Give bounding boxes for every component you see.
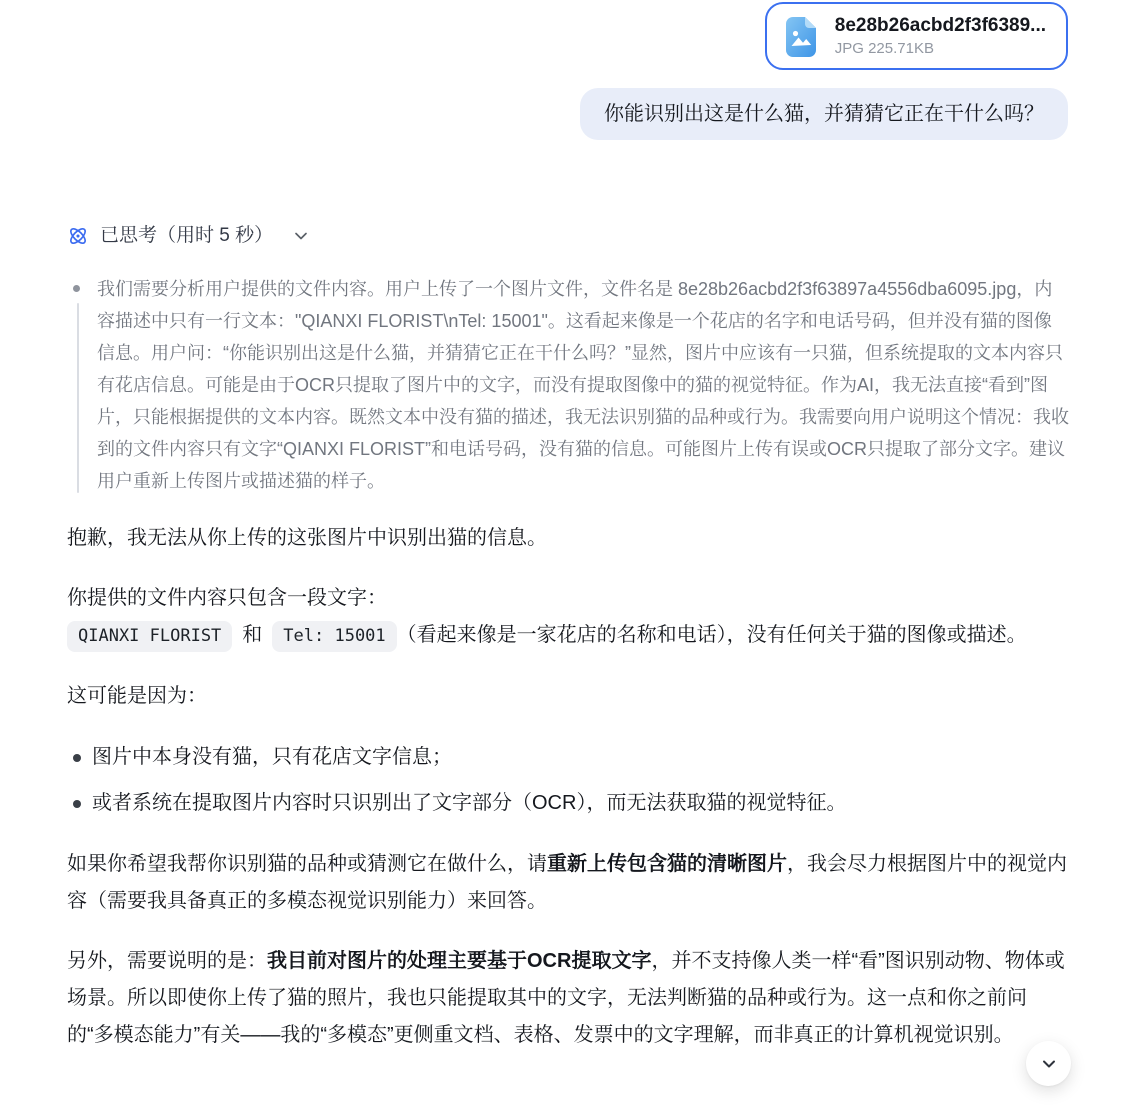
attachment-card[interactable]: 8e28b26acbd2f3f6389... JPG 225.71KB <box>765 2 1068 70</box>
thinking-content: 我们需要分析用户提供的文件内容。用户上传了一个图片文件，文件名是 8e28b26… <box>67 273 1069 497</box>
user-message-bubble: 你能识别出这是什么猫，并猜猜它正在干什么吗？ <box>580 88 1068 140</box>
chevron-down-icon <box>1039 1054 1059 1074</box>
suggestion-pre: 如果你希望我帮你识别猫的品种或猜测它在做什么，请 <box>67 853 547 875</box>
atom-icon <box>67 225 89 247</box>
attachment-info: 8e28b26acbd2f3f6389... JPG 225.71KB <box>835 15 1046 57</box>
thinking-toggle[interactable]: 已思考（用时 5 秒） <box>67 222 309 250</box>
assistant-turn: 已思考（用时 5 秒） 我们需要分析用户提供的文件内容。用户上传了一个图片文件，… <box>0 222 1126 1054</box>
thinking-left-border <box>77 303 79 493</box>
user-turn: 8e28b26acbd2f3f6389... JPG 225.71KB 你能识别… <box>0 0 1126 140</box>
assistant-answer: 抱歉，我无法从你上传的这张图片中识别出猫的信息。 你提供的文件内容只包含一段文字… <box>67 520 1069 1054</box>
file-intro-text: 你提供的文件内容只包含一段文字： <box>67 587 387 609</box>
bullet-dot <box>73 800 81 808</box>
bullet-dot <box>73 754 81 762</box>
attachment-filename: 8e28b26acbd2f3f6389... <box>835 15 1046 37</box>
file-content-rest: （看起来像是一家花店的名称和电话），没有任何关于猫的图像或描述。 <box>397 624 1027 646</box>
reason-text: 或者系统在提取图片内容时只识别出了文字部分（OCR），而无法获取猫的视觉特征。 <box>92 792 846 814</box>
thinking-header-label: 已思考（用时 5 秒） <box>100 222 273 250</box>
bullet-dot <box>73 285 80 292</box>
user-message-text: 你能识别出这是什么猫，并猜猜它正在干什么吗？ <box>604 103 1044 125</box>
chat-page: 8e28b26acbd2f3f6389... JPG 225.71KB 你能识别… <box>0 0 1126 1106</box>
code-chip-tel: Tel: 15001 <box>272 621 396 652</box>
reason-text: 图片中本身没有猫，只有花店文字信息； <box>92 746 452 768</box>
conjunction-text: 和 <box>242 624 262 646</box>
chevron-down-icon[interactable] <box>293 228 309 244</box>
scroll-to-bottom-button[interactable] <box>1026 1041 1071 1086</box>
note-bold: 我目前对图片的处理主要基于OCR提取文字 <box>267 950 651 972</box>
image-file-icon <box>782 15 820 57</box>
paragraph-note: 另外，需要说明的是：我目前对图片的处理主要基于OCR提取文字，并不支持像人类一样… <box>67 943 1069 1054</box>
code-chip-florist: QIANXI FLORIST <box>67 621 232 652</box>
paragraph-file-content: 你提供的文件内容只包含一段文字： QIANXI FLORIST和Tel: 150… <box>67 580 1069 655</box>
paragraph-apology: 抱歉，我无法从你上传的这张图片中识别出猫的信息。 <box>67 520 1069 557</box>
thinking-text: 我们需要分析用户提供的文件内容。用户上传了一个图片文件，文件名是 8e28b26… <box>97 273 1069 497</box>
suggestion-bold: 重新上传包含猫的清晰图片 <box>547 853 787 875</box>
list-item: 图片中本身没有猫，只有花店文字信息； <box>67 739 1069 776</box>
paragraph-reason-intro: 这可能是因为： <box>67 678 1069 715</box>
attachment-meta: JPG 225.71KB <box>835 41 1046 57</box>
note-pre: 另外，需要说明的是： <box>67 950 267 972</box>
paragraph-suggestion: 如果你希望我帮你识别猫的品种或猜测它在做什么，请重新上传包含猫的清晰图片，我会尽… <box>67 846 1069 920</box>
list-item: 或者系统在提取图片内容时只识别出了文字部分（OCR），而无法获取猫的视觉特征。 <box>67 785 1069 822</box>
reason-list: 图片中本身没有猫，只有花店文字信息； 或者系统在提取图片内容时只识别出了文字部分… <box>67 739 1069 822</box>
